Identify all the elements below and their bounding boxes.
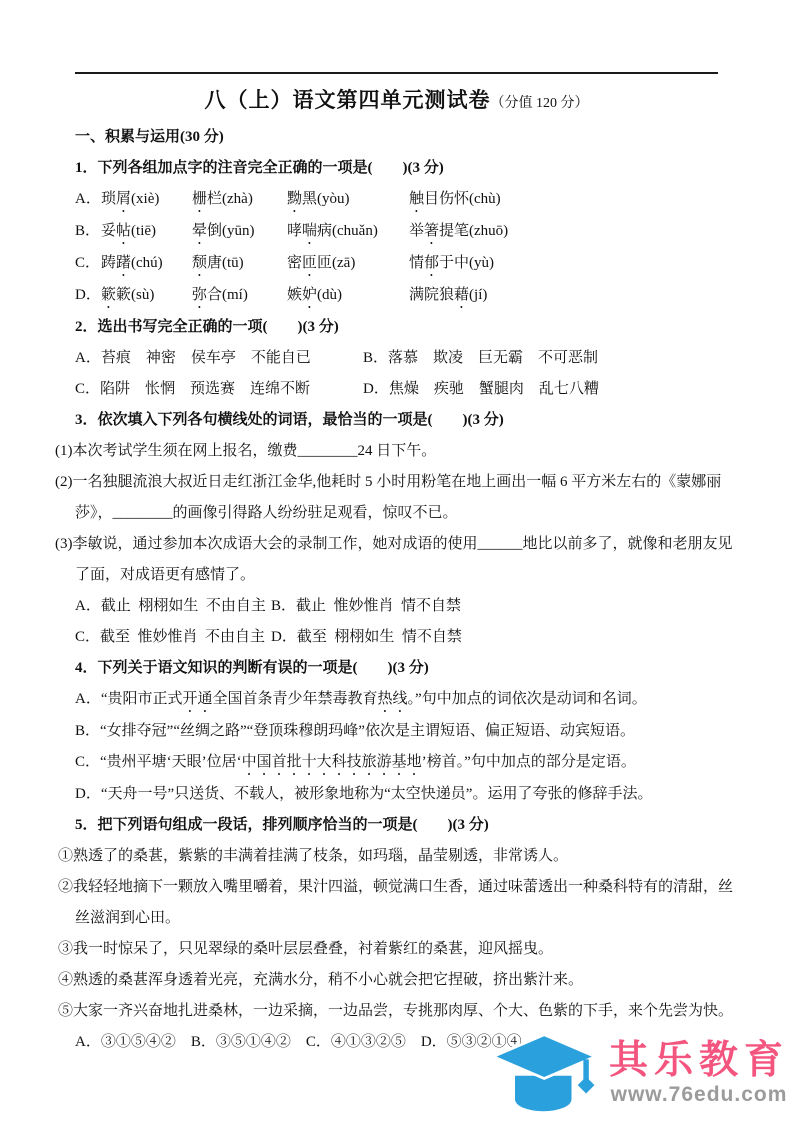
- question-2-option-d: D．焦燥 疾驰 蟹腿肉 乱七八糟: [363, 374, 747, 405]
- pinyin-item: 颓唐(tū): [192, 248, 287, 280]
- paper-title: 八（上）语文第四单元测试卷（分值 120 分）: [0, 84, 793, 114]
- question-4-option-b: B．“女排夺冠”“丝绸之路”“登顶珠穆朗玛峰”依次是主谓短语、偏正短语、动宾短语…: [75, 716, 747, 747]
- question-1-option-a: A． 琐屑(xiè) 栅栏(zhà) 黝黑(yòu) 触目伤怀(chù): [75, 184, 747, 216]
- question-5-stem: 5．把下列语句组成一段话，排列顺序恰当的一项是( )(3 分): [75, 810, 747, 841]
- pinyin-item: 触目伤怀(chù): [409, 184, 747, 216]
- question-5-sentence-1: ①熟透了的桑葚，紫紫的丰满着挂满了枝条，如玛瑙，晶莹剔透，非常诱人。: [75, 841, 747, 872]
- question-3-options-row-2: C．截至 惟妙惟肖 不由自主 D．截至 栩栩如生 情不自禁: [75, 622, 747, 653]
- question-2-stem: 2．选出书写完全正确的一项( )(3 分): [75, 312, 747, 343]
- pinyin-item: 簌簌(sù): [101, 280, 192, 312]
- section-heading: 一、积累与运用(30 分): [75, 122, 747, 153]
- paper-title-note: （分值 120 分）: [491, 96, 589, 111]
- pinyin-item: 踌躇(chú): [101, 248, 192, 280]
- question-1-option-c: C． 踌躇(chú) 颓唐(tū) 密匝匝(zā) 情郁于中(yù): [75, 248, 747, 280]
- question-3-subitem-3: (3)李敏说，通过参加本次成语大会的录制工作，她对成语的使用______地比以前…: [75, 529, 747, 591]
- pinyin-item: 琐屑(xiè): [101, 184, 192, 216]
- question-4-option-c: C．“贵州平塘‘天眼’位居‘中国首批十大科技旅游基地’榜首。”句中加点的部分是定…: [75, 747, 747, 779]
- question-2-options-row-1: A．苔痕 神密 侯车亭 不能自已 B．落慕 欺凌 巨无霸 不可恶制: [75, 343, 747, 374]
- brand-name: 其乐教育: [609, 1040, 789, 1083]
- pinyin-item: 举箸提笔(zhuō): [409, 216, 747, 248]
- option-label: C．: [75, 248, 101, 280]
- question-3-option-a: A．截止 栩栩如生 不由自主: [75, 591, 271, 622]
- pinyin-item: 哮喘病(chuǎn): [287, 216, 409, 248]
- question-1-option-b: B． 妥帖(tiē) 晕倒(yūn) 哮喘病(chuǎn) 举箸提笔(zhuō): [75, 216, 747, 248]
- question-2-option-a: A．苔痕 神密 侯车亭 不能自已: [75, 343, 363, 374]
- question-1-option-d: D． 簌簌(sù) 弥合(mí) 嫉妒(dù) 满院狼藉(jí): [75, 280, 747, 312]
- question-2-options-row-2: C．陷阱 怅惘 预选赛 连绵不断 D．焦燥 疾驰 蟹腿肉 乱七八糟: [75, 374, 747, 405]
- pinyin-item: 黝黑(yòu): [287, 184, 409, 216]
- question-3-options-row-1: A．截止 栩栩如生 不由自主 B．截止 惟妙惟肖 情不自禁: [75, 591, 747, 622]
- pinyin-item: 满院狼藉(jí): [409, 280, 747, 312]
- option-label: D．: [75, 280, 101, 312]
- top-rule: [75, 72, 718, 74]
- question-4-option-a: A．“贵阳市正式开通全国首条青少年禁毒教育热线。”句中加点的词依次是动词和名词。: [75, 684, 747, 716]
- logo-text: 其乐教育 www.76edu.com: [609, 1040, 789, 1106]
- question-3-option-d: D．截至 栩栩如生 情不自禁: [271, 622, 747, 653]
- question-5-sentence-4: ④熟透的桑葚浑身透着光亮，充满水分，稍不小心就会把它捏破，挤出紫汁来。: [75, 965, 747, 996]
- question-2-option-c: C．陷阱 怅惘 预选赛 连绵不断: [75, 374, 363, 405]
- question-3-option-c: C．截至 惟妙惟肖 不由自主: [75, 622, 271, 653]
- question-5-sentence-5: ⑤大家一齐兴奋地扎进桑林，一边采摘，一边品尝，专挑那肉厚、个大、色紫的下手，来个…: [75, 996, 747, 1027]
- pinyin-item: 晕倒(yūn): [192, 216, 287, 248]
- question-3-stem: 3．依次填入下列各句横线处的词语，最恰当的一项是( )(3 分): [75, 405, 747, 436]
- question-4-option-d: D．“天舟一号”只送货、不载人，被形象地称为“太空快递员”。运用了夸张的修辞手法…: [75, 779, 747, 810]
- website-url: www.76edu.com: [609, 1083, 789, 1106]
- qile-education-logo: 其乐教育 www.76edu.com: [487, 1032, 789, 1114]
- pinyin-item: 情郁于中(yù): [409, 248, 747, 280]
- pinyin-item: 弥合(mí): [192, 280, 287, 312]
- question-1-stem: 1．下列各组加点字的注音完全正确的一项是( )(3 分): [75, 153, 747, 184]
- question-5-sentence-2: ②我轻轻地摘下一颗放入嘴里嚼着，果汁四溢，顿觉满口生香，通过味蕾透出一种桑科特有…: [75, 872, 747, 934]
- graduation-cap-icon: [487, 1032, 605, 1114]
- paper-title-main: 八（上）语文第四单元测试卷: [205, 88, 491, 112]
- pinyin-item: 嫉妒(dù): [287, 280, 409, 312]
- option-label: A．: [75, 184, 101, 216]
- pinyin-item: 栅栏(zhà): [192, 184, 287, 216]
- question-3-option-b: B．截止 惟妙惟肖 情不自禁: [271, 591, 747, 622]
- option-label: B．: [75, 216, 101, 248]
- pinyin-item: 密匝匝(zā): [287, 248, 409, 280]
- paper-body: 一、积累与运用(30 分) 1．下列各组加点字的注音完全正确的一项是( )(3 …: [75, 122, 747, 1058]
- question-2-option-b: B．落慕 欺凌 巨无霸 不可恶制: [363, 343, 747, 374]
- question-3-subitem-1: (1)本次考试学生须在网上报名，缴费________24 日下午。: [75, 436, 747, 467]
- test-paper-page: 八（上）语文第四单元测试卷（分值 120 分） 一、积累与运用(30 分) 1．…: [0, 0, 793, 1122]
- question-3-subitem-2: (2)一名独腿流浪大叔近日走红浙江金华,他耗时 5 小时用粉笔在地上画出一幅 6…: [75, 467, 747, 529]
- pinyin-item: 妥帖(tiē): [101, 216, 192, 248]
- question-4-stem: 4．下列关于语文知识的判断有误的一项是( )(3 分): [75, 653, 747, 684]
- question-5-sentence-3: ③我一时惊呆了，只见翠绿的桑叶层层叠叠，衬着紫红的桑葚，迎风摇曳。: [75, 934, 747, 965]
